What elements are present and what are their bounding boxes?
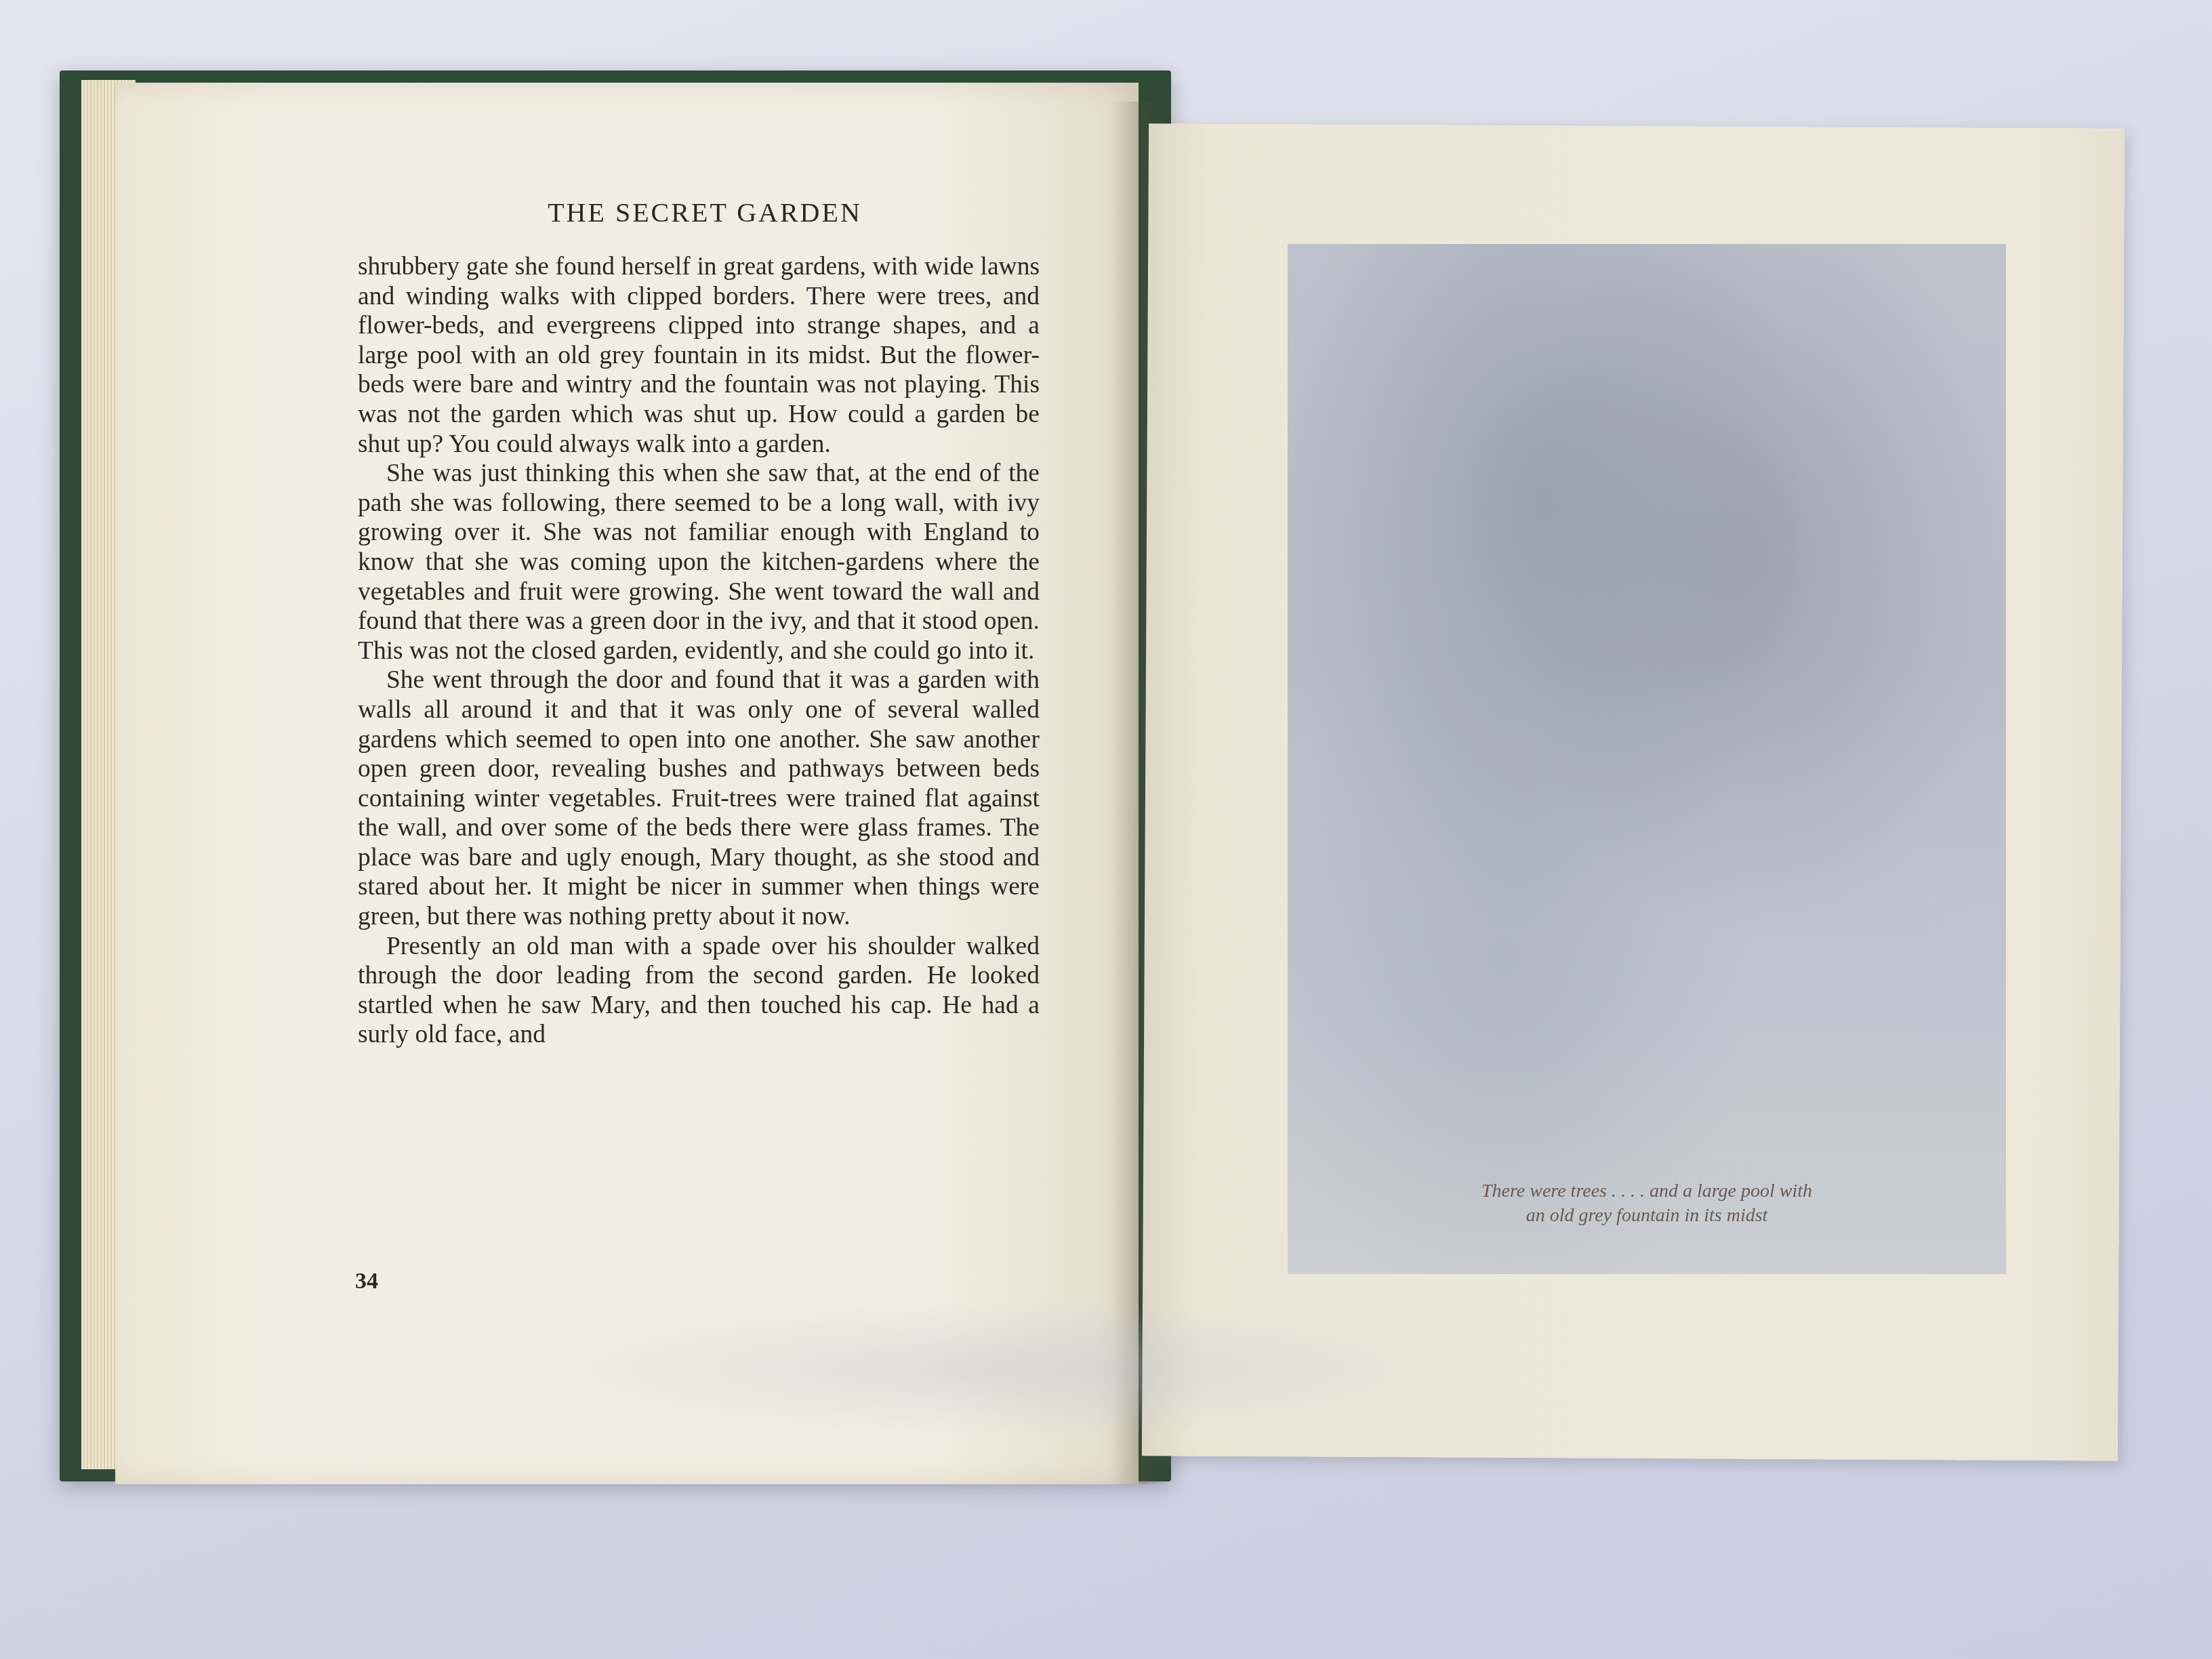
body-text: shrubbery gate she found herself in grea… <box>358 252 1040 1050</box>
page-number: 34 <box>355 1269 378 1294</box>
paragraph: She was just thinking this when she saw … <box>358 459 1040 665</box>
paragraph: shrubbery gate she found herself in grea… <box>358 252 1040 459</box>
plate-caption: There were trees . . . . and a large poo… <box>1288 1179 2006 1228</box>
caption-line: There were trees . . . . and a large poo… <box>1288 1179 2006 1204</box>
light-reflection <box>529 1301 1477 1437</box>
running-head: THE SECRET GARDEN <box>474 197 935 228</box>
paragraph: She went through the door and found that… <box>358 665 1040 931</box>
illustration-plate: There were trees . . . . and a large poo… <box>1288 244 2006 1274</box>
caption-line: an old grey fountain in its midst <box>1288 1204 2006 1228</box>
paragraph: Presently an old man with a spade over h… <box>358 932 1040 1050</box>
illustration-image <box>1288 244 2006 1274</box>
